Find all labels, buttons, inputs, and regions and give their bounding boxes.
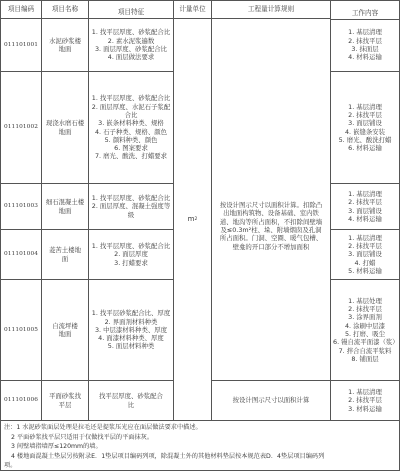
work-item: 1. 基层清理 <box>348 28 382 36</box>
row6-rule: 按设计图示尺寸以面积计算 <box>212 381 330 420</box>
feature-item: 2. 面层厚度 <box>114 250 148 258</box>
work-item: 3. 面层铺设 <box>348 119 382 127</box>
work-item: 4. 打蜡 <box>355 259 376 267</box>
unit-value: m <box>188 215 195 223</box>
work-item: 2. 抹找平层 <box>348 111 382 119</box>
work-item: 3. 面层铺设 <box>348 250 382 258</box>
header-unit: 计量单位 <box>174 1 211 18</box>
work-item: 8. 铺面层 <box>351 355 378 363</box>
feature-item: 7. 磨光、酸洗、打蜡要求 <box>95 152 167 160</box>
work-item: 4. 涂刷中层漆 <box>345 322 385 330</box>
work-item: 1. 基层清理 <box>348 103 382 111</box>
rule-cell-merged: 按设计图示尺寸以面积计算。扣除凸出地面构筑物、设备基础、室内铁道、地沟等所占面积… <box>214 72 328 380</box>
row5-name: 自流坪楼地面 <box>50 280 80 380</box>
feature-item: 2. 界面剂材料种类 <box>105 318 158 326</box>
row4-features: 1. 找平层厚度、砂浆配合比 2. 面层厚度 3. 打蜡要求 <box>89 230 173 279</box>
row3-features: 1. 找平层厚度、砂浆配合比 2. 面层厚度、混凝土强度等级 <box>89 184 173 229</box>
row6-name: 平面砂浆找平层 <box>46 381 84 420</box>
work-item: 1. 基层清理 <box>348 234 382 242</box>
row4-name: 菱苦土楼地面 <box>48 230 82 279</box>
row1-name: 水泥砂浆楼地面 <box>46 19 84 71</box>
note-4: 4 楼地面混凝土垫层另按附录E．1垫层项目编码列项，除混凝土外的其他材料垫层按本… <box>4 452 396 462</box>
feature-item: 1. 找平层厚度、砂浆配合比 <box>92 28 170 36</box>
work-item: 5. 磨光、酸洗打蜡 <box>339 136 392 144</box>
feature-item: 4. 面层做法要求 <box>108 53 154 61</box>
feature-item: 1. 找平层砂浆配合比、厚度 <box>92 309 170 317</box>
feature-item: 5. 面层材料种类 <box>108 342 154 350</box>
feature-item: 3. 嵌条材料种类、规格 <box>98 119 164 127</box>
feature-item: 2. 面层厚度、混凝土强度等级 <box>91 202 171 219</box>
row1-code: 011101001 <box>1 19 41 71</box>
row2-work: 1. 基层清理 2. 抹找平层 3. 面层铺设 4. 嵌缝条安装 5. 磨光、酸… <box>331 72 399 183</box>
work-item: 2. 抹找平层 <box>348 198 382 206</box>
feature-item: 3. 中层漆材料种类、厚度 <box>95 326 167 334</box>
row6-work: 1. 基层清理 2. 抹找平层 3. 材料运输 <box>331 381 399 420</box>
work-item: 3. 材料运输 <box>348 405 382 413</box>
grid-line <box>41 1 42 421</box>
feature-item: 5. 颜料种类、颜色 <box>105 136 158 144</box>
table-notes: 注：1 水泥砂浆面层处理是拉毛还是提浆压光应在面层做法要求中描述。 2 平面砂浆… <box>1 421 399 470</box>
row5-work: 1. 基层处理 2. 抹找平层 3. 涂界面剂 4. 涂刷中层漆 5. 打磨、吸… <box>331 280 399 380</box>
note-3: 3 间壁墙指墙厚≤120mm的墙。 <box>4 442 396 452</box>
row4-work: 1. 基层清理 2. 抹找平层 3. 面层铺设 4. 打蜡 5. 材料运输 <box>331 230 399 279</box>
work-item: 1. 基层清理 <box>348 190 382 198</box>
row4-code: 011101004 <box>1 230 41 279</box>
row6-code: 011101006 <box>1 381 41 420</box>
row5-code: 011101005 <box>1 280 41 380</box>
header-name: 项目名称 <box>42 1 88 18</box>
work-item: 3. 面层铺设 <box>348 207 382 215</box>
row2-code: 011101002 <box>1 72 41 183</box>
quantity-rules-table: 项目编码 项目名称 项目特征 计量单位 工程量计算规则 工作内容 m2 按设计图… <box>0 0 400 471</box>
work-item: 5. 材料运输 <box>348 267 382 275</box>
unit-cell: m2 <box>174 19 211 420</box>
row1-features: 1. 找平层厚度、砂浆配合比 2. 素水泥浆遍数 3. 面层厚度、砂浆配合比 4… <box>89 19 173 71</box>
feature-item: 3. 打蜡要求 <box>114 259 148 267</box>
header-rule: 工程量计算规则 <box>212 1 330 18</box>
work-item: 6. 镘自流平面漆（浆） <box>333 338 397 346</box>
work-item: 7. 拌合自流平浆料 <box>339 347 392 355</box>
work-item: 2. 抹找平层 <box>348 396 382 404</box>
header-code: 项目编码 <box>1 1 41 18</box>
work-item: 4. 材料运输 <box>348 53 382 61</box>
row3-work: 1. 基层清理 2. 抹找平层 3. 面层铺设 4. 材料运输 <box>331 184 399 229</box>
work-item: 2. 抹找平层 <box>348 37 382 45</box>
feature-item: 2. 素水泥浆遍数 <box>108 37 154 45</box>
row2-features: 1. 找平层厚度、砂浆配合比 2. 面层厚度、水泥石子浆配合比 3. 嵌条材料种… <box>89 72 173 183</box>
feature-item: 4. 石子种类、规格、颜色 <box>95 128 167 136</box>
feature-item: 1. 找平层厚度、砂浆配合比 <box>92 94 170 102</box>
grid-line <box>211 18 331 19</box>
work-item: 1. 基层处理 <box>348 297 382 305</box>
row1-work: 1. 基层清理 2. 抹找平层 3. 抹面层 4. 材料运输 <box>331 19 399 71</box>
row3-code: 011101003 <box>1 184 41 229</box>
note-4-cont: 项。 <box>4 461 396 471</box>
row6-features: 找平层厚度、砂浆配合比 <box>97 381 165 420</box>
work-item: 4. 嵌缝条安装 <box>345 128 385 136</box>
work-item: 3. 涂界面剂 <box>348 313 382 321</box>
note-2: 2 平面砂浆找平层只适用于仅做找平层的平面抹灰。 <box>4 433 396 443</box>
row2-name: 现浇水磨石楼地面 <box>44 72 86 183</box>
note-1: 注：1 水泥砂浆面层处理是拉毛还是提浆压光应在面层做法要求中描述。 <box>4 423 396 433</box>
work-item: 6. 材料运输 <box>348 144 382 152</box>
row5-features: 1. 找平层砂浆配合比、厚度 2. 界面剂材料种类 3. 中层漆材料种类、厚度 … <box>89 280 173 380</box>
grid-line <box>211 1 212 421</box>
row3-name: 细石混凝土楼地面 <box>44 184 86 229</box>
work-item: 4. 材料运输 <box>348 215 382 223</box>
feature-item: 2. 面层厚度、水泥石子浆配合比 <box>91 103 171 120</box>
